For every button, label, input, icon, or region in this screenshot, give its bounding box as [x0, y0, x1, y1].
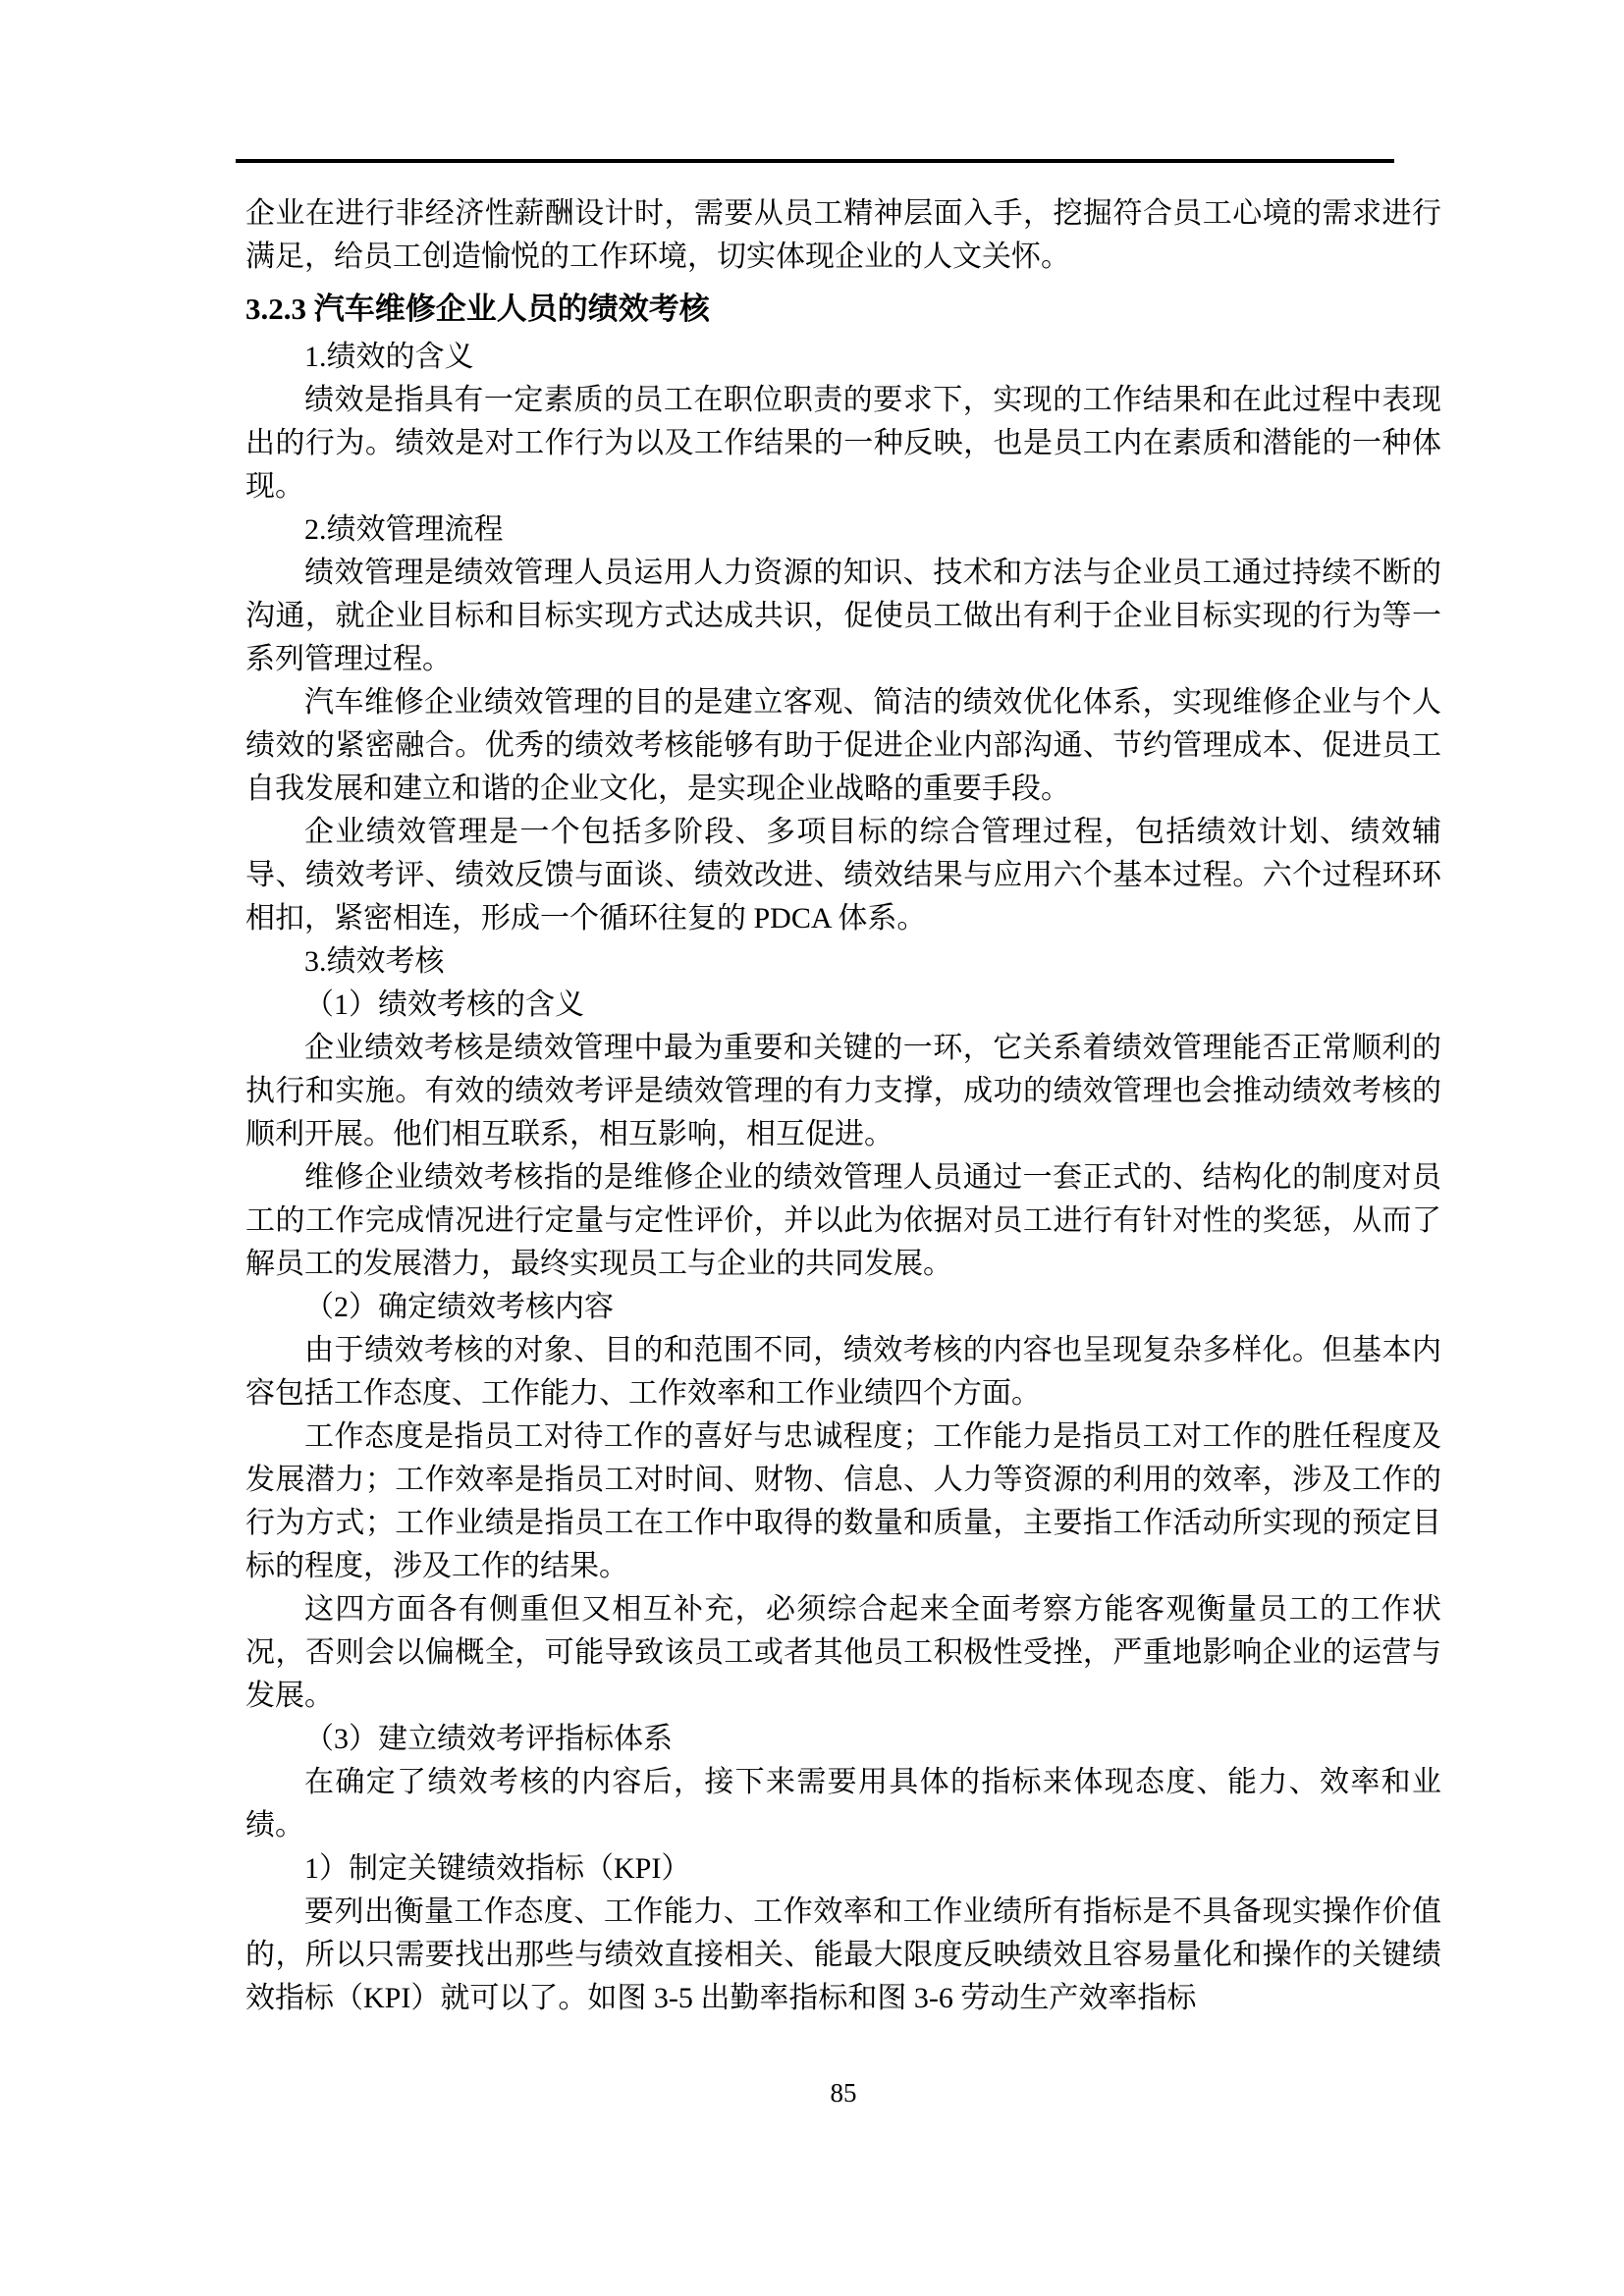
document-page: 企业在进行非经济性薪酬设计时，需要从员工精神层面入手，挖掘符合员工心境的需求进行…	[0, 0, 1624, 2296]
page-content: 企业在进行非经济性薪酬设计时，需要从员工精神层面入手，挖掘符合员工心境的需求进行…	[245, 192, 1441, 2020]
body-paragraph: 绩效是指具有一定素质的员工在职位职责的要求下，实现的工作结果和在此过程中表现出的…	[245, 379, 1441, 508]
body-paragraph: 汽车维修企业绩效管理的目的是建立客观、简洁的绩效优化体系，实现维修企业与个人绩效…	[245, 681, 1441, 811]
body-paragraph: 企业绩效考核是绩效管理中最为重要和关键的一环，它关系着绩效管理能否正常顺利的执行…	[245, 1027, 1441, 1156]
list-item: （2）确定绩效考核内容	[245, 1286, 1441, 1329]
list-item: （3）建立绩效考评指标体系	[245, 1718, 1441, 1761]
list-item: 1.绩效的含义	[245, 336, 1441, 379]
list-item: 1）制定关键绩效指标（KPI）	[245, 1847, 1441, 1891]
body-paragraph: 这四方面各有侧重但又相互补充，必须综合起来全面考察方能客观衡量员工的工作状况，否…	[245, 1588, 1441, 1718]
list-item: （1）绩效考核的含义	[245, 984, 1441, 1027]
page-number: 85	[245, 2073, 1441, 2112]
body-paragraph: 要列出衡量工作态度、工作能力、工作效率和工作业绩所有指标是不具备现实操作价值的，…	[245, 1891, 1441, 2020]
section-heading: 3.2.3 汽车维修企业人员的绩效考核	[245, 288, 1441, 331]
list-item: 2.绩效管理流程	[245, 508, 1441, 552]
header-rule	[236, 159, 1394, 163]
body-paragraph: 维修企业绩效考核指的是维修企业的绩效管理人员通过一套正式的、结构化的制度对员工的…	[245, 1156, 1441, 1286]
continuation-paragraph: 企业在进行非经济性薪酬设计时，需要从员工精神层面入手，挖掘符合员工心境的需求进行…	[245, 192, 1441, 279]
body-paragraph: 企业绩效管理是一个包括多阶段、多项目标的综合管理过程，包括绩效计划、绩效辅导、绩…	[245, 811, 1441, 940]
list-item: 3.绩效考核	[245, 940, 1441, 984]
body-paragraph: 在确定了绩效考核的内容后，接下来需要用具体的指标来体现态度、能力、效率和业绩。	[245, 1761, 1441, 1847]
body-paragraph: 工作态度是指员工对待工作的喜好与忠诚程度；工作能力是指员工对工作的胜任程度及发展…	[245, 1415, 1441, 1588]
body-paragraph: 由于绩效考核的对象、目的和范围不同，绩效考核的内容也呈现复杂多样化。但基本内容包…	[245, 1329, 1441, 1415]
body-paragraph: 绩效管理是绩效管理人员运用人力资源的知识、技术和方法与企业员工通过持续不断的沟通…	[245, 552, 1441, 681]
